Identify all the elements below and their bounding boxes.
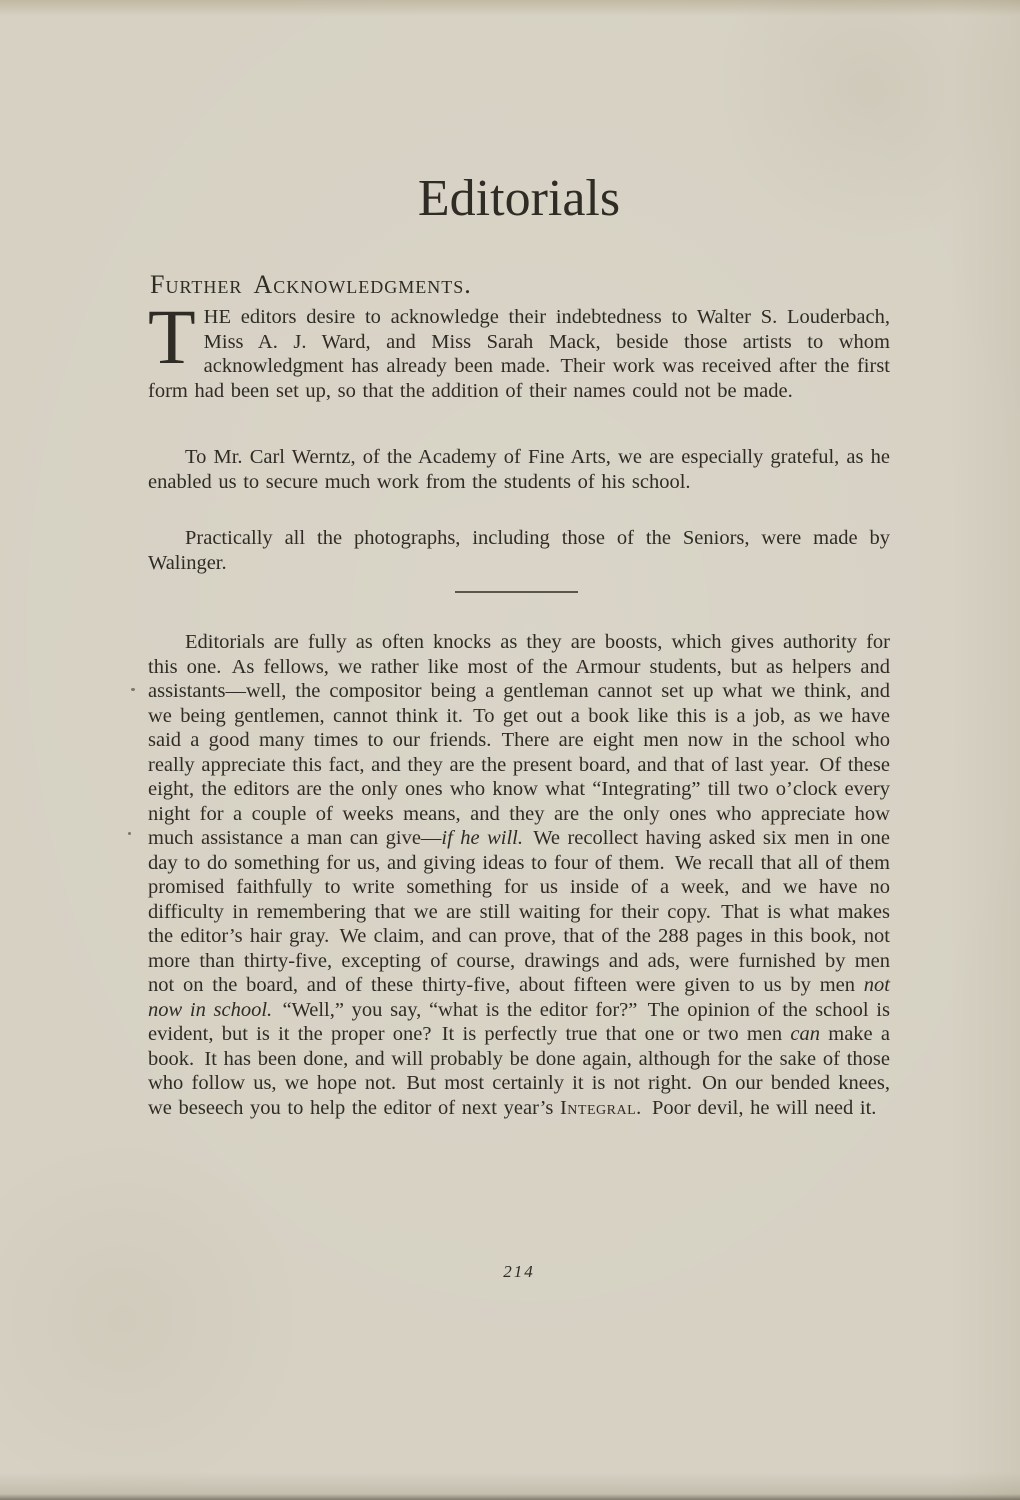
page-title: Editorials <box>148 172 890 227</box>
para-acknowledgments-text: HE editors desire to acknowledge their i… <box>148 306 890 402</box>
para-editorial: Editorials are fully as often knocks as … <box>148 630 890 1120</box>
text-column: Editorials Further Acknowledgments. THE … <box>148 0 890 1500</box>
para-acknowledgments: THE editors desire to acknowledge their … <box>148 305 890 403</box>
para-werntz: To Mr. Carl Werntz, of the Academy of Fi… <box>148 445 890 494</box>
section-heading: Further Acknowledgments. <box>150 271 472 300</box>
drop-cap: T <box>148 305 204 369</box>
page-number: 214 <box>148 1262 890 1282</box>
scanned-page: Editorials Further Acknowledgments. THE … <box>0 0 1020 1500</box>
scan-speck <box>131 688 135 691</box>
para-photographs: Practically all the photographs, includi… <box>148 526 890 575</box>
scan-speck <box>128 832 131 835</box>
section-divider <box>455 591 578 593</box>
